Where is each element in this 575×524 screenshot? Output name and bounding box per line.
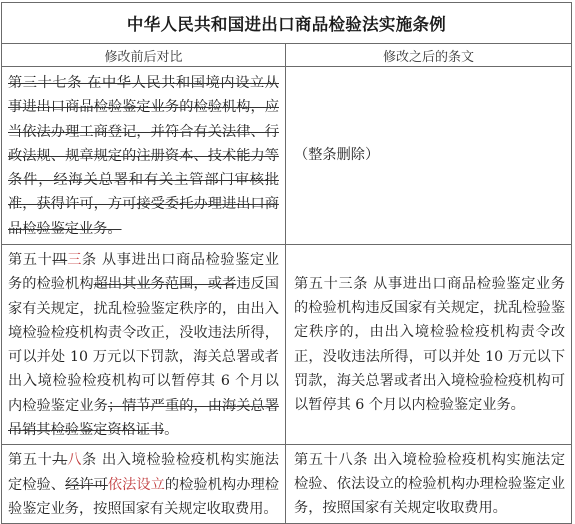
unchanged-text: 违反国家有关规定，扰乱检验鉴定秩序的，由出入境检验检疫机构责令改正，没收违法所得… bbox=[8, 276, 279, 413]
column-header-after: 修改之后的条文 bbox=[286, 44, 572, 67]
column-header-before: 修改前后对比 bbox=[2, 44, 286, 67]
table-row: 第五十四三条 从事进出口商品检验鉴定业务的检验机构超出其业务范围，或者违反国家有… bbox=[2, 245, 572, 445]
document-title: 中华人民共和国进出口商品检验法实施条例 bbox=[2, 3, 572, 44]
title-row: 中华人民共和国进出口商品检验法实施条例 bbox=[2, 3, 572, 44]
deleted-text: 第三十七条 在中华人民共和国境内设立从事进出口商品检验鉴定业务的检验机构，应当依… bbox=[8, 75, 279, 237]
deleted-text: 经许可 bbox=[65, 477, 108, 493]
table-row: 第三十七条 在中华人民共和国境内设立从事进出口商品检验鉴定业务的检验机构，应当依… bbox=[2, 67, 572, 245]
deleted-text: 超出其业务范围，或者 bbox=[94, 276, 237, 292]
deleted-text: 四 bbox=[52, 252, 67, 268]
before-cell: 第五十九八条 出入境检验检疫机构实施法定检验、经许可依法设立的检验机构办理检验鉴… bbox=[2, 445, 286, 520]
before-cell: 第五十四三条 从事进出口商品检验鉴定业务的检验机构超出其业务范围，或者违反国家有… bbox=[2, 245, 286, 445]
before-cell: 第三十七条 在中华人民共和国境内设立从事进出口商品检验鉴定业务的检验机构，应当依… bbox=[2, 67, 286, 245]
table-row: 第五十九八条 出入境检验检疫机构实施法定检验、经许可依法设立的检验机构办理检验鉴… bbox=[2, 445, 572, 520]
regulation-comparison-table: 中华人民共和国进出口商品检验法实施条例 修改前后对比 修改之后的条文 第三十七条… bbox=[1, 2, 572, 520]
after-cell: 第五十三条 从事进出口商品检验鉴定业务的检验机构违反国家有关规定，扰乱检验鉴定秩… bbox=[286, 245, 572, 445]
after-cell: 第五十八条 出入境检验检疫机构实施法定检验、依法设立的检验机构办理检验鉴定业务，… bbox=[286, 445, 572, 520]
unchanged-text: 第五十 bbox=[8, 452, 52, 468]
unchanged-text: 。 bbox=[164, 422, 178, 438]
deleted-text: 九 bbox=[52, 452, 67, 468]
unchanged-text: 第五十 bbox=[8, 252, 52, 268]
after-cell: （整条删除） bbox=[286, 67, 572, 245]
inserted-text: 三 bbox=[67, 252, 82, 268]
header-row: 修改前后对比 修改之后的条文 bbox=[2, 44, 572, 67]
inserted-text: 八 bbox=[67, 452, 82, 468]
inserted-text: 依法设立 bbox=[108, 477, 165, 493]
